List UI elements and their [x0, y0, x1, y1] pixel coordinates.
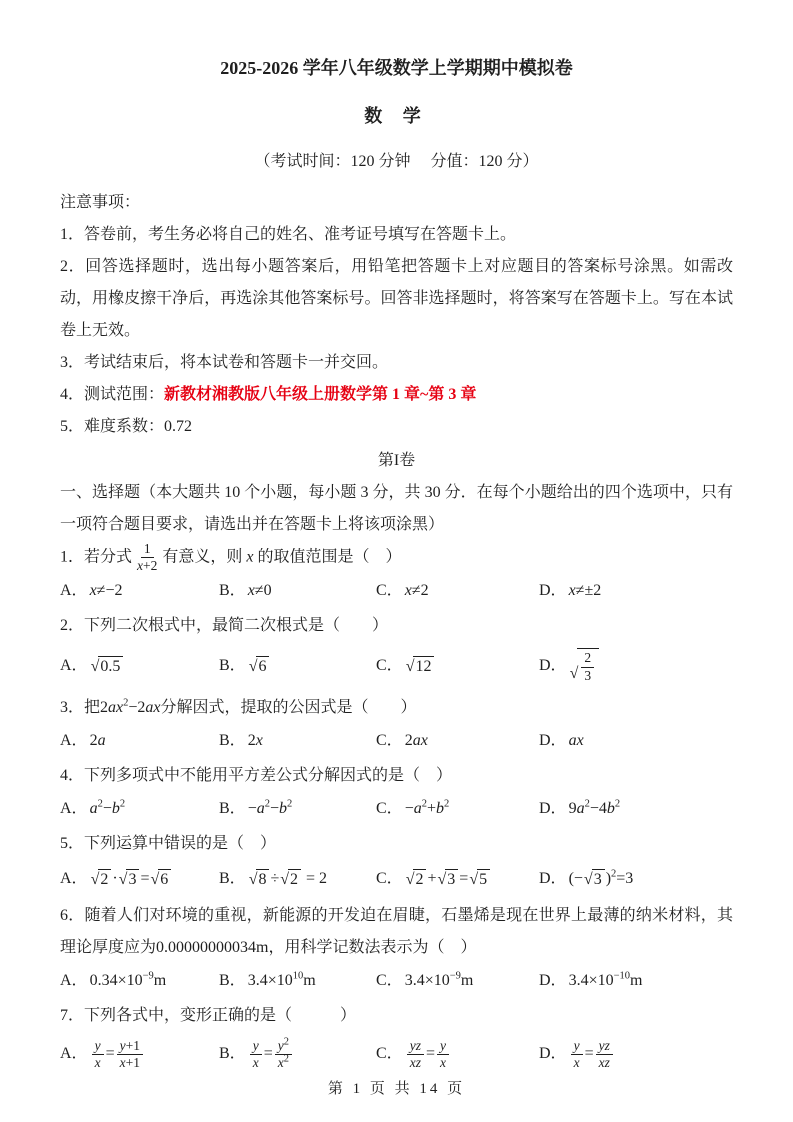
- question-3-options: A．2a B．2x C．2ax D．ax: [60, 725, 733, 757]
- question-5-option-d: D．(−√3)2=3: [539, 863, 733, 895]
- question-6-stem: 6．随着人们对环境的重视，新能源的开发迫在眉睫，石墨烯是现在世界上最薄的纳米材料…: [60, 900, 733, 964]
- question-2: 2．下列二次根式中，最简二次根式是（ ） A．√0.5 B．√6 C．√12 D…: [60, 610, 733, 683]
- question-3: 3．把2ax2−2ax分解因式，提取的公因式是（ ） A．2a B．2x C．2…: [60, 692, 733, 757]
- section-heading: 一、选择题（本大题共 10 个小题，每小题 3 分，共 30 分．在每个小题给出…: [60, 477, 733, 541]
- question-3-option-b: B．2x: [219, 725, 376, 757]
- question-6-option-a: A．0.34×10−9m: [60, 965, 219, 997]
- question-4-option-b: B．−a2−b2: [219, 793, 376, 825]
- question-6-option-b: B．3.4×1010m: [219, 965, 376, 997]
- question-1-option-a: A．x≠−2: [60, 575, 219, 607]
- question-2-options: A．√0.5 B．√6 C．√12 D．√23: [60, 648, 733, 683]
- question-7-option-d: D．yx=yzxz: [539, 1038, 733, 1071]
- note-text: 4．测试范围：: [60, 386, 164, 403]
- note-item-2: 2．回答选择题时，选出每小题答案后，用铅笔把答题卡上对应题目的答案标号涂黑。如需…: [60, 251, 733, 347]
- question-5: 5．下列运算中错误的是（ ） A．√2·√3=√6 B．√8÷√2 = 2 C．…: [60, 828, 733, 895]
- question-2-option-c: C．√12: [376, 650, 539, 682]
- question-1-options: A．x≠−2 B．x≠0 C．x≠2 D．x≠±2: [60, 575, 733, 607]
- question-7-options: A．yx=y+1x+1 B．yx=y2x2 C．yzxz=yx D．yx=yzx…: [60, 1038, 733, 1071]
- question-5-option-a: A．√2·√3=√6: [60, 863, 219, 895]
- question-3-option-d: D．ax: [539, 725, 733, 757]
- question-2-stem: 2．下列二次根式中，最简二次根式是（ ）: [60, 610, 733, 642]
- question-1-stem: 1．若分式1x+2有意义，则 x 的取值范围是（ ）: [60, 541, 733, 574]
- note-item-3: 3．考试结束后，将本试卷和答题卡一并交回。: [60, 347, 733, 379]
- question-7: 7．下列各式中，变形正确的是（ ） A．yx=y+1x+1 B．yx=y2x2 …: [60, 1000, 733, 1071]
- question-4-option-a: A．a2−b2: [60, 793, 219, 825]
- note-text: 1．答卷前，考生务必将自己的姓名、准考证号填写在答题卡上。: [60, 226, 516, 243]
- question-5-option-b: B．√8÷√2 = 2: [219, 863, 376, 895]
- question-5-stem: 5．下列运算中错误的是（ ）: [60, 828, 733, 860]
- question-4-option-d: D．9a2−4b2: [539, 793, 733, 825]
- question-2-option-b: B．√6: [219, 650, 376, 682]
- question-7-option-b: B．yx=y2x2: [219, 1038, 376, 1071]
- question-1-option-b: B．x≠0: [219, 575, 376, 607]
- question-7-option-c: C．yzxz=yx: [376, 1038, 539, 1071]
- question-6-option-c: C．3.4×10−9m: [376, 965, 539, 997]
- question-6-options: A．0.34×10−9m B．3.4×1010m C．3.4×10−9m D．3…: [60, 965, 733, 997]
- note-item-4: 4．测试范围：新教材湘教版八年级上册数学第 1 章~第 3 章: [60, 379, 733, 411]
- note-item-5: 5．难度系数：0.72: [60, 411, 733, 443]
- exam-subject: 数 学: [60, 102, 733, 128]
- question-1-option-c: C．x≠2: [376, 575, 539, 607]
- question-7-option-a: A．yx=y+1x+1: [60, 1038, 219, 1071]
- test-scope-highlight: 新教材湘教版八年级上册数学第 1 章~第 3 章: [164, 386, 476, 403]
- question-3-option-a: A．2a: [60, 725, 219, 757]
- exam-info: （考试时间：120 分钟 分值：120 分）: [60, 148, 733, 171]
- question-2-option-a: A．√0.5: [60, 650, 219, 682]
- question-1-option-d: D．x≠±2: [539, 575, 733, 607]
- question-6-option-d: D．3.4×10−10m: [539, 965, 733, 997]
- note-text: 2．回答选择题时，选出每小题答案后，用铅笔把答题卡上对应题目的答案标号涂黑。如需…: [60, 258, 733, 339]
- question-3-option-c: C．2ax: [376, 725, 539, 757]
- notes-heading: 注意事项：: [60, 187, 733, 219]
- question-5-options: A．√2·√3=√6 B．√8÷√2 = 2 C．√2+√3=√5 D．(−√3…: [60, 863, 733, 895]
- page-footer: 第 1 页 共 14 页: [0, 1077, 793, 1098]
- question-5-option-c: C．√2+√3=√5: [376, 863, 539, 895]
- part-label: 第I卷: [60, 445, 733, 477]
- note-item-1: 1．答卷前，考生务必将自己的姓名、准考证号填写在答题卡上。: [60, 219, 733, 251]
- question-2-option-d: D．√23: [539, 648, 733, 683]
- question-4: 4．下列多项式中不能用平方差公式分解因式的是（ ） A．a2−b2 B．−a2−…: [60, 760, 733, 825]
- question-4-stem: 4．下列多项式中不能用平方差公式分解因式的是（ ）: [60, 760, 733, 792]
- exam-page: 2025-2026 学年八年级数学上学期期中模拟卷 数 学 （考试时间：120 …: [0, 0, 793, 1122]
- question-7-stem: 7．下列各式中，变形正确的是（ ）: [60, 1000, 733, 1032]
- exam-title: 2025-2026 学年八年级数学上学期期中模拟卷: [60, 54, 733, 80]
- question-4-option-c: C．−a2+b2: [376, 793, 539, 825]
- note-text: 3．考试结束后，将本试卷和答题卡一并交回。: [60, 354, 388, 371]
- note-text: 5．难度系数：0.72: [60, 418, 192, 435]
- question-4-options: A．a2−b2 B．−a2−b2 C．−a2+b2 D．9a2−4b2: [60, 793, 733, 825]
- question-1: 1．若分式1x+2有意义，则 x 的取值范围是（ ） A．x≠−2 B．x≠0 …: [60, 541, 733, 607]
- question-6: 6．随着人们对环境的重视，新能源的开发迫在眉睫，石墨烯是现在世界上最薄的纳米材料…: [60, 900, 733, 997]
- question-3-stem: 3．把2ax2−2ax分解因式，提取的公因式是（ ）: [60, 692, 733, 724]
